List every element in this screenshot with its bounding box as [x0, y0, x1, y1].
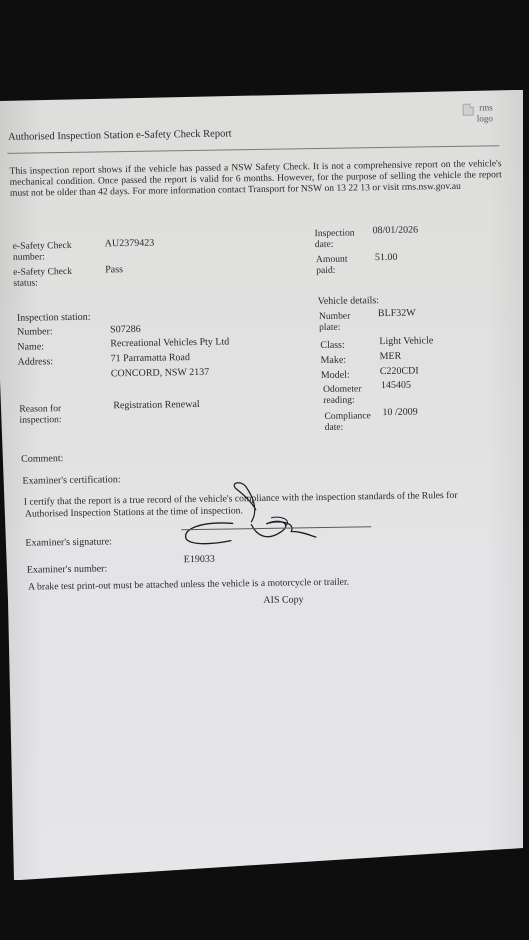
station-address-line1: 71 Parramatta Road	[110, 352, 190, 365]
check-status-label-line2: status:	[13, 277, 93, 289]
plate-value: BLF32W	[378, 308, 416, 321]
station-name-label: Name:	[17, 341, 44, 353]
report-title: Authorised Inspection Station e-Safety C…	[8, 128, 232, 143]
station-number-label: Number:	[17, 326, 53, 339]
make-label: Make:	[321, 355, 347, 367]
model-value: C220CDI	[380, 365, 419, 378]
logo-alt-line2: logo	[477, 113, 493, 124]
odometer-label: Odometer reading:	[323, 383, 383, 406]
rms-logo: rms logo	[463, 102, 493, 124]
check-number-label-line2: number:	[13, 251, 93, 263]
station-name-value: Recreational Vehicles Pty Ltd	[110, 336, 229, 350]
amount-paid-label: Amount paid:	[316, 253, 376, 276]
check-status-label: e-Safety Check status:	[13, 266, 93, 289]
check-status-value: Pass	[105, 264, 123, 276]
intro-paragraph: This inspection report shows if the vehi…	[10, 158, 502, 199]
make-value: MER	[379, 351, 401, 363]
examiner-signature	[180, 478, 401, 561]
inspection-date-label-line2: date:	[315, 238, 375, 250]
examiner-number-value: E19033	[184, 554, 215, 566]
report-document: rms logo Authorised Inspection Station e…	[0, 0, 529, 940]
odometer-label-line2: reading:	[323, 394, 383, 406]
examiner-number-label: Examiner's number:	[27, 563, 108, 576]
compliance-value: 10 /2009	[382, 407, 417, 420]
header-divider	[7, 145, 499, 154]
brake-test-note: A brake test print-out must be attached …	[28, 577, 349, 594]
class-label: Class:	[320, 340, 345, 352]
reason-label-line2: inspection:	[19, 414, 99, 426]
vehicle-heading: Vehicle details:	[318, 295, 380, 308]
logo-alt-line1: rms	[477, 102, 493, 113]
inspection-date-value: 08/01/2026	[372, 224, 418, 237]
certification-heading: Examiner's certification:	[22, 474, 120, 488]
plate-label-line2: plate:	[319, 321, 379, 333]
check-number-label: e-Safety Check number:	[13, 240, 93, 263]
class-value: Light Vehicle	[379, 335, 433, 348]
broken-image-icon	[463, 104, 474, 116]
station-number-value: S07286	[110, 324, 141, 336]
station-address-line2: CONCORD, NSW 2137	[111, 367, 210, 381]
copy-label: AIS Copy	[263, 594, 303, 607]
amount-paid-value: 51.00	[375, 252, 398, 264]
odometer-value: 145405	[381, 380, 411, 392]
inspection-date-label: Inspection date:	[315, 227, 375, 250]
reason-label: Reason for inspection:	[19, 403, 99, 426]
comment-label: Comment:	[21, 453, 63, 466]
amount-paid-label-line2: paid:	[316, 264, 376, 276]
plate-label: Number plate:	[319, 310, 379, 333]
signature-label: Examiner's signature:	[25, 536, 112, 549]
station-address-label: Address:	[18, 356, 54, 369]
model-label: Model:	[321, 370, 350, 382]
compliance-label-line2: date:	[325, 421, 389, 433]
reason-value: Registration Renewal	[113, 399, 200, 412]
station-heading: Inspection station:	[17, 312, 91, 325]
logo-alt-text: rms logo	[477, 102, 493, 124]
compliance-label: Compliance date:	[324, 410, 388, 433]
check-number-value: AU2379423	[105, 238, 155, 251]
